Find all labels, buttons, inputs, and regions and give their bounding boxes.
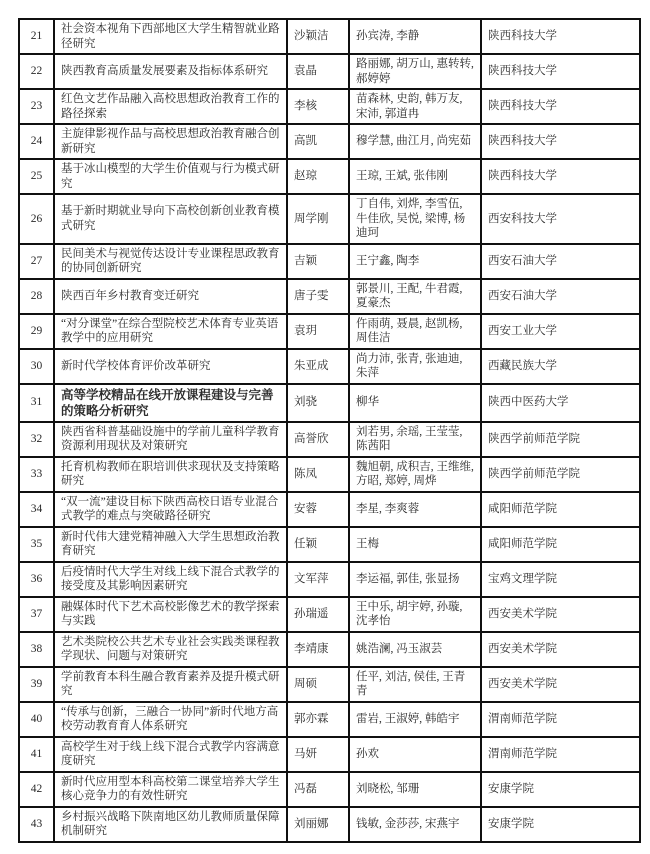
project-title-cell: 高等学校精品在线开放课程建设与完善的策略分析研究 — [54, 384, 287, 422]
row-number-cell: 41 — [19, 737, 54, 772]
table-row: 33 托育机构教师在职培训供求现状及支持策略研究 陈凤 魏旭朝, 成积吉, 王维… — [19, 457, 640, 492]
members-cell: 李星, 李爽蓉 — [349, 492, 481, 527]
members-cell: 孙欢 — [349, 737, 481, 772]
leader-cell: 任颖 — [287, 527, 349, 562]
table-row: 27 民间美术与视觉传达设计专业课程思政教育的协同创新研究 吉颖 王宁鑫, 陶李… — [19, 244, 640, 279]
project-title-cell: 陕西教育高质量发展要素及指标体系研究 — [54, 54, 287, 89]
project-title-cell: 新时代学校体育评价改革研究 — [54, 349, 287, 384]
institution-cell: 陕西中医药大学 — [481, 384, 640, 422]
leader-cell: 李核 — [287, 89, 349, 124]
project-title-cell: 陕西省科普基础设施中的学前儿童科学教育资源利用现状及对策研究 — [54, 422, 287, 457]
institution-cell: 咸阳师范学院 — [481, 492, 640, 527]
table-row: 28 陕西百年乡村教育变迁研究 唐子雯 郭景川, 王配, 牛君霞, 夏豪杰 西安… — [19, 279, 640, 314]
members-cell: 郭景川, 王配, 牛君霞, 夏豪杰 — [349, 279, 481, 314]
row-number-cell: 32 — [19, 422, 54, 457]
institution-cell: 西安石油大学 — [481, 279, 640, 314]
leader-cell: 马妍 — [287, 737, 349, 772]
table-row: 29 “对分课堂”在综合型院校艺术体育专业英语教学中的应用研究 袁玥 仵雨萌, … — [19, 314, 640, 349]
leader-cell: 刘骁 — [287, 384, 349, 422]
row-number-cell: 27 — [19, 244, 54, 279]
project-title-cell: 后疫情时代大学生对线上线下混合式教学的接受度及其影响因素研究 — [54, 562, 287, 597]
row-number-cell: 26 — [19, 194, 54, 244]
table-row: 42 新时代应用型本科高校第二课堂培养大学生核心竞争力的有效性研究 冯磊 刘晓松… — [19, 772, 640, 807]
institution-cell: 渭南师范学院 — [481, 737, 640, 772]
leader-cell: 孙瑞遥 — [287, 597, 349, 632]
members-cell: 钱敏, 金莎莎, 宋燕宇 — [349, 807, 481, 842]
institution-cell: 西安美术学院 — [481, 597, 640, 632]
row-number-cell: 31 — [19, 384, 54, 422]
institution-cell: 陕西科技大学 — [481, 89, 640, 124]
institution-cell: 西藏民族大学 — [481, 349, 640, 384]
leader-cell: 周硕 — [287, 667, 349, 702]
row-number-cell: 21 — [19, 19, 54, 54]
project-title-cell: 基于冰山模型的大学生价值观与行为模式研究 — [54, 159, 287, 194]
row-number-cell: 42 — [19, 772, 54, 807]
institution-cell: 宝鸡文理学院 — [481, 562, 640, 597]
leader-cell: 高誉欣 — [287, 422, 349, 457]
leader-cell: 陈凤 — [287, 457, 349, 492]
table-row: 40 “传承与创新，三融合一协同”新时代地方高校劳动教育育人体系研究 郭亦霖 雷… — [19, 702, 640, 737]
project-title-cell: 学前教育本科生融合教育素养及提升模式研究 — [54, 667, 287, 702]
project-title-cell: 高校学生对于线上线下混合式教学内容满意度研究 — [54, 737, 287, 772]
institution-cell: 西安美术学院 — [481, 667, 640, 702]
members-cell: 王琼, 王斌, 张伟刚 — [349, 159, 481, 194]
leader-cell: 沙颖洁 — [287, 19, 349, 54]
table-row: 30 新时代学校体育评价改革研究 朱亚成 尚力沛, 张青, 张迪迪, 朱萍 西藏… — [19, 349, 640, 384]
table-row: 35 新时代伟大建党精神融入大学生思想政治教育研究 任颖 王梅 咸阳师范学院 — [19, 527, 640, 562]
project-title-cell: 红色文艺作品融入高校思想政治教育工作的路径探索 — [54, 89, 287, 124]
leader-cell: 周学刚 — [287, 194, 349, 244]
project-title-cell: 艺术类院校公共艺术专业社会实践类课程教学现状、问题与对策研究 — [54, 632, 287, 667]
leader-cell: 高凯 — [287, 124, 349, 159]
table-row: 26 基于新时期就业导向下高校创新创业教育模式研究 周学刚 丁自伟, 刘烨, 李… — [19, 194, 640, 244]
institution-cell: 陕西科技大学 — [481, 54, 640, 89]
row-number-cell: 23 — [19, 89, 54, 124]
members-cell: 雷岩, 王淑婷, 韩皓宇 — [349, 702, 481, 737]
row-number-cell: 29 — [19, 314, 54, 349]
document-page: 21 社会资本视角下西部地区大学生精智就业路径研究 沙颖洁 孙宾涛, 李静 陕西… — [0, 0, 650, 854]
project-title-cell: 托育机构教师在职培训供求现状及支持策略研究 — [54, 457, 287, 492]
leader-cell: 郭亦霖 — [287, 702, 349, 737]
members-cell: 刘若男, 余瑶, 王莹莹, 陈茜阳 — [349, 422, 481, 457]
row-number-cell: 30 — [19, 349, 54, 384]
leader-cell: 朱亚成 — [287, 349, 349, 384]
leader-cell: 袁晶 — [287, 54, 349, 89]
row-number-cell: 28 — [19, 279, 54, 314]
leader-cell: 赵琼 — [287, 159, 349, 194]
institution-cell: 咸阳师范学院 — [481, 527, 640, 562]
leader-cell: 李靖康 — [287, 632, 349, 667]
row-number-cell: 40 — [19, 702, 54, 737]
project-title-cell: 新时代应用型本科高校第二课堂培养大学生核心竞争力的有效性研究 — [54, 772, 287, 807]
table-row: 23 红色文艺作品融入高校思想政治教育工作的路径探索 李核 苗森林, 史韵, 韩… — [19, 89, 640, 124]
table-row: 38 艺术类院校公共艺术专业社会实践类课程教学现状、问题与对策研究 李靖康 姚浩… — [19, 632, 640, 667]
row-number-cell: 35 — [19, 527, 54, 562]
leader-cell: 安蓉 — [287, 492, 349, 527]
members-cell: 王中乐, 胡宇婷, 孙璇, 沈孝怡 — [349, 597, 481, 632]
table-row: 36 后疫情时代大学生对线上线下混合式教学的接受度及其影响因素研究 文军萍 李运… — [19, 562, 640, 597]
institution-cell: 陕西学前师范学院 — [481, 422, 640, 457]
project-title-cell: 基于新时期就业导向下高校创新创业教育模式研究 — [54, 194, 287, 244]
row-number-cell: 34 — [19, 492, 54, 527]
table-row: 31 高等学校精品在线开放课程建设与完善的策略分析研究 刘骁 柳华 陕西中医药大… — [19, 384, 640, 422]
leader-cell: 刘丽娜 — [287, 807, 349, 842]
table-row: 34 “双一流”建设目标下陕西高校日语专业混合式教学的难点与突破路径研究 安蓉 … — [19, 492, 640, 527]
row-number-cell: 25 — [19, 159, 54, 194]
members-cell: 柳华 — [349, 384, 481, 422]
members-cell: 姚浩澜, 冯玉淑芸 — [349, 632, 481, 667]
table-row: 32 陕西省科普基础设施中的学前儿童科学教育资源利用现状及对策研究 高誉欣 刘若… — [19, 422, 640, 457]
table-row: 37 融媒体时代下艺术高校影像艺术的教学探索与实践 孙瑞遥 王中乐, 胡宇婷, … — [19, 597, 640, 632]
project-title-cell: “双一流”建设目标下陕西高校日语专业混合式教学的难点与突破路径研究 — [54, 492, 287, 527]
project-title-cell: 融媒体时代下艺术高校影像艺术的教学探索与实践 — [54, 597, 287, 632]
row-number-cell: 36 — [19, 562, 54, 597]
project-title-cell: 新时代伟大建党精神融入大学生思想政治教育研究 — [54, 527, 287, 562]
institution-cell: 陕西学前师范学院 — [481, 457, 640, 492]
table-row: 43 乡村振兴战略下陕南地区幼儿教师质量保障机制研究 刘丽娜 钱敏, 金莎莎, … — [19, 807, 640, 842]
table-row: 21 社会资本视角下西部地区大学生精智就业路径研究 沙颖洁 孙宾涛, 李静 陕西… — [19, 19, 640, 54]
members-cell: 李运福, 郭佳, 张显扬 — [349, 562, 481, 597]
table-row: 25 基于冰山模型的大学生价值观与行为模式研究 赵琼 王琼, 王斌, 张伟刚 陕… — [19, 159, 640, 194]
project-title-cell: 民间美术与视觉传达设计专业课程思政教育的协同创新研究 — [54, 244, 287, 279]
members-cell: 孙宾涛, 李静 — [349, 19, 481, 54]
institution-cell: 陕西科技大学 — [481, 19, 640, 54]
project-title-cell: “传承与创新，三融合一协同”新时代地方高校劳动教育育人体系研究 — [54, 702, 287, 737]
institution-cell: 西安石油大学 — [481, 244, 640, 279]
table-row: 24 主旋律影视作品与高校思想政治教育融合创新研究 高凯 穆学慧, 曲江月, 尚… — [19, 124, 640, 159]
institution-cell: 西安科技大学 — [481, 194, 640, 244]
project-title-cell: 社会资本视角下西部地区大学生精智就业路径研究 — [54, 19, 287, 54]
institution-cell: 陕西科技大学 — [481, 159, 640, 194]
row-number-cell: 43 — [19, 807, 54, 842]
row-number-cell: 37 — [19, 597, 54, 632]
institution-cell: 西安美术学院 — [481, 632, 640, 667]
members-cell: 苗森林, 史韵, 韩万友, 宋沛, 郭道冉 — [349, 89, 481, 124]
members-cell: 路丽娜, 胡万山, 惠转转, 郝婷婷 — [349, 54, 481, 89]
row-number-cell: 33 — [19, 457, 54, 492]
row-number-cell: 22 — [19, 54, 54, 89]
institution-cell: 渭南师范学院 — [481, 702, 640, 737]
members-cell: 任平, 刘洁, 侯佳, 王青青 — [349, 667, 481, 702]
table-row: 22 陕西教育高质量发展要素及指标体系研究 袁晶 路丽娜, 胡万山, 惠转转, … — [19, 54, 640, 89]
institution-cell: 安康学院 — [481, 807, 640, 842]
members-cell: 刘晓松, 邹珊 — [349, 772, 481, 807]
project-title-cell: “对分课堂”在综合型院校艺术体育专业英语教学中的应用研究 — [54, 314, 287, 349]
leader-cell: 唐子雯 — [287, 279, 349, 314]
table-row: 39 学前教育本科生融合教育素养及提升模式研究 周硕 任平, 刘洁, 侯佳, 王… — [19, 667, 640, 702]
leader-cell: 吉颖 — [287, 244, 349, 279]
members-cell: 丁自伟, 刘烨, 李雪伍, 牛佳欣, 吴悦, 梁博, 杨迪珂 — [349, 194, 481, 244]
institution-cell: 陕西科技大学 — [481, 124, 640, 159]
members-cell: 仵雨萌, 聂晨, 赵凯杨, 周佳洁 — [349, 314, 481, 349]
institution-cell: 西安工业大学 — [481, 314, 640, 349]
members-cell: 魏旭朝, 成积吉, 王维维, 方昭, 郑婷, 周烨 — [349, 457, 481, 492]
leader-cell: 冯磊 — [287, 772, 349, 807]
table-row: 41 高校学生对于线上线下混合式教学内容满意度研究 马妍 孙欢 渭南师范学院 — [19, 737, 640, 772]
row-number-cell: 24 — [19, 124, 54, 159]
projects-table: 21 社会资本视角下西部地区大学生精智就业路径研究 沙颖洁 孙宾涛, 李静 陕西… — [18, 18, 641, 843]
members-cell: 穆学慧, 曲江月, 尚宪茹 — [349, 124, 481, 159]
institution-cell: 安康学院 — [481, 772, 640, 807]
project-title-cell: 主旋律影视作品与高校思想政治教育融合创新研究 — [54, 124, 287, 159]
project-title-cell: 陕西百年乡村教育变迁研究 — [54, 279, 287, 314]
leader-cell: 袁玥 — [287, 314, 349, 349]
members-cell: 尚力沛, 张青, 张迪迪, 朱萍 — [349, 349, 481, 384]
members-cell: 王梅 — [349, 527, 481, 562]
row-number-cell: 39 — [19, 667, 54, 702]
leader-cell: 文军萍 — [287, 562, 349, 597]
project-title-cell: 乡村振兴战略下陕南地区幼儿教师质量保障机制研究 — [54, 807, 287, 842]
projects-table-body: 21 社会资本视角下西部地区大学生精智就业路径研究 沙颖洁 孙宾涛, 李静 陕西… — [19, 19, 640, 842]
row-number-cell: 38 — [19, 632, 54, 667]
members-cell: 王宁鑫, 陶李 — [349, 244, 481, 279]
